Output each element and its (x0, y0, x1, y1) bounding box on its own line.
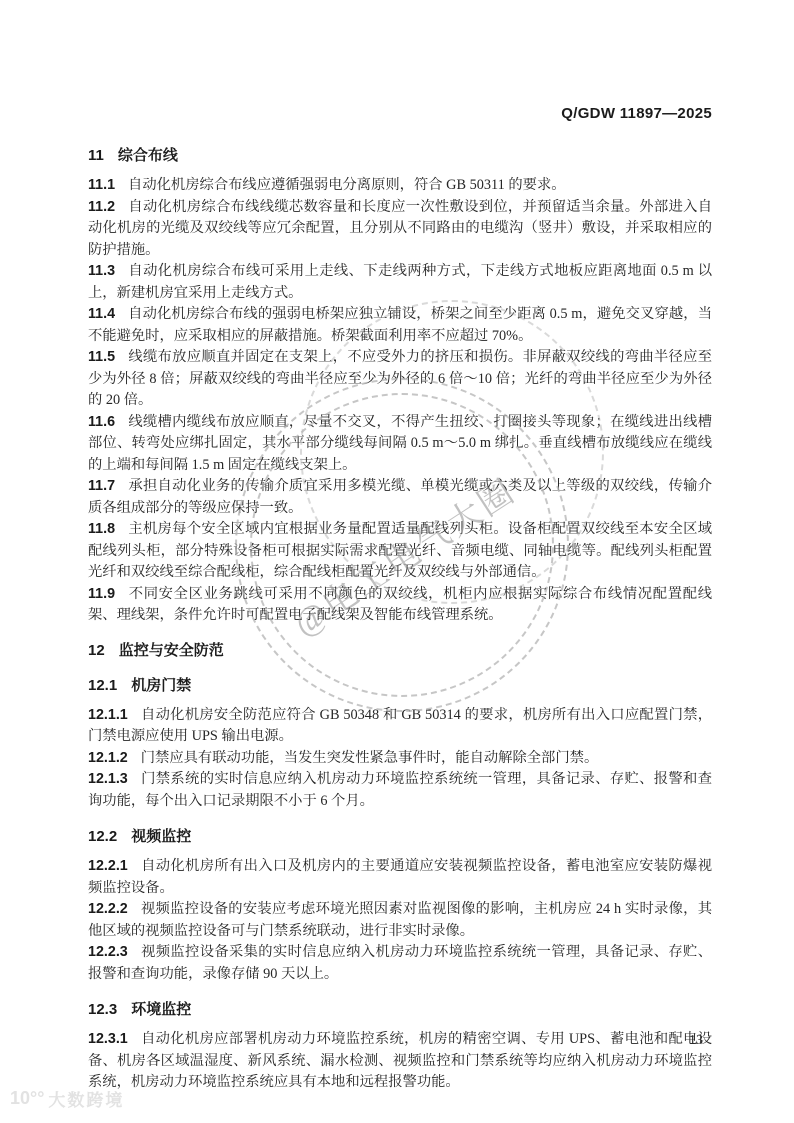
clause-12-3-1: 12.3.1自动化机房应部署机房动力环境监控系统，机房的精密空调、专用 UPS、… (88, 1029, 712, 1094)
clause-number: 11.3 (88, 263, 115, 279)
section-12-3-title: 环境监控 (131, 1001, 191, 1018)
clause-number: 12.2.2 (88, 901, 128, 917)
clause-number: 12.1.2 (88, 750, 128, 766)
clause-number: 11.8 (88, 521, 115, 537)
clause-11-8: 11.8主机房每个安全区域内宜根据业务量配置适量配线列头柜。设备柜配置双绞线至本… (88, 519, 712, 584)
clause-number: 12.2.1 (88, 858, 128, 874)
clause-text: 自动化机房综合布线线缆芯数容量和长度应一次性敷设到位，并预留适当余量。外部进入自… (88, 199, 712, 258)
clause-number: 11.2 (88, 199, 115, 215)
page-number: 13 (689, 1032, 703, 1050)
section-12-2-number: 12.2 (88, 828, 117, 845)
page-content: Q/GDW 11897—2025 11综合布线 11.1自动化机房综合布线应遵循… (88, 104, 712, 1094)
section-12-2-heading: 12.2视频监控 (88, 827, 712, 847)
clause-text: 门禁应具有联动功能，当发生突发性紧急事件时，能自动解除全部门禁。 (141, 750, 599, 766)
clause-text: 视频监控设备的安装应考虑环境光照因素对监视图像的影响，主机房应 24 h 实时录… (88, 901, 712, 939)
clause-text: 门禁系统的实时信息应纳入机房动力环境监控系统统一管理，具备记录、存贮、报警和查询… (88, 771, 712, 809)
clause-text: 自动化机房安全防范应符合 GB 50348 和 GB 50314 的要求，机房所… (88, 707, 712, 745)
clause-number: 11.7 (88, 478, 115, 494)
brand-logo: 10°° 大数跨境 (10, 1086, 124, 1111)
clause-11-6: 11.6线缆槽内缆线布放应顺直，尽量不交叉，不得产生扭绞、打圈接头等现象；在缆线… (88, 412, 712, 477)
clause-number: 12.1.1 (88, 707, 128, 723)
clause-text: 视频监控设备采集的实时信息应纳入机房动力环境监控系统统一管理，具备记录、存贮、报… (88, 944, 712, 982)
brand-logo-icon: 10°° (10, 1088, 44, 1109)
clause-text: 自动化机房应部署机房动力环境监控系统，机房的精密空调、专用 UPS、蓄电池和配电… (88, 1031, 712, 1090)
clause-text: 主机房每个安全区域内宜根据业务量配置适量配线列头柜。设备柜配置双绞线至本安全区域… (88, 521, 712, 580)
clause-number: 12.2.3 (88, 944, 128, 960)
clause-12-2-1: 12.2.1自动化机房所有出入口及机房内的主要通道应安装视频监控设备，蓄电池室应… (88, 856, 712, 899)
clause-text: 自动化机房所有出入口及机房内的主要通道应安装视频监控设备，蓄电池室应安装防爆视频… (88, 858, 712, 896)
clause-12-1-3: 12.1.3门禁系统的实时信息应纳入机房动力环境监控系统统一管理，具备记录、存贮… (88, 769, 712, 812)
section-12-1-clauses: 12.1.1自动化机房安全防范应符合 GB 50348 和 GB 50314 的… (88, 705, 712, 813)
clause-text: 不同安全区业务跳线可采用不同颜色的双绞线，机柜内应根据实际综合布线情况配置配线架… (88, 586, 712, 624)
section-11-number: 11 (88, 147, 104, 164)
section-11-title: 综合布线 (118, 147, 178, 164)
clause-text: 自动化机房综合布线应遵循强弱电分离原则，符合 GB 50311 的要求。 (128, 177, 566, 193)
clause-text: 自动化机房综合布线的强弱电桥架应独立铺设，桥架之间至少距离 0.5 m，避免交叉… (88, 306, 712, 344)
clause-number: 11.5 (88, 349, 115, 365)
section-11-clauses: 11.1自动化机房综合布线应遵循强弱电分离原则，符合 GB 50311 的要求。… (88, 175, 712, 627)
clause-number: 12.3.1 (88, 1031, 128, 1047)
clause-text: 承担自动化业务的传输介质宜采用多模光缆、单模光缆或六类及以上等级的双绞线，传输介… (88, 478, 712, 516)
section-12-1-number: 12.1 (88, 677, 117, 694)
clause-11-9: 11.9不同安全区业务跳线可采用不同颜色的双绞线，机柜内应根据实际综合布线情况配… (88, 584, 712, 627)
clause-12-1-2: 12.1.2门禁应具有联动功能，当发生突发性紧急事件时，能自动解除全部门禁。 (88, 748, 712, 770)
document-page: Q/GDW 11897—2025 11综合布线 11.1自动化机房综合布线应遵循… (0, 0, 794, 1123)
clause-number: 11.4 (88, 306, 115, 322)
clause-text: 线缆槽内缆线布放应顺直，尽量不交叉，不得产生扭绞、打圈接头等现象；在缆线进出线槽… (88, 414, 712, 473)
clause-number: 11.9 (88, 586, 115, 602)
clause-number: 11.1 (88, 177, 115, 193)
section-12-1-title: 机房门禁 (131, 677, 191, 694)
section-12-2-clauses: 12.2.1自动化机房所有出入口及机房内的主要通道应安装视频监控设备，蓄电池室应… (88, 856, 712, 985)
clause-12-2-2: 12.2.2视频监控设备的安装应考虑环境光照因素对监视图像的影响，主机房应 24… (88, 899, 712, 942)
clause-11-2: 11.2自动化机房综合布线线缆芯数容量和长度应一次性敷设到位，并预留适当余量。外… (88, 197, 712, 262)
section-11-heading: 11综合布线 (88, 146, 712, 166)
clause-11-7: 11.7承担自动化业务的传输介质宜采用多模光缆、单模光缆或六类及以上等级的双绞线… (88, 476, 712, 519)
clause-number: 11.6 (88, 414, 115, 430)
section-12-3-number: 12.3 (88, 1001, 117, 1018)
section-12-number: 12 (88, 642, 105, 659)
clause-text: 自动化机房综合布线可采用上走线、下走线两种方式，下走线方式地板应距离地面 0.5… (88, 263, 712, 301)
clause-number: 12.1.3 (88, 771, 128, 787)
clause-text: 线缆布放应顺直并固定在支架上，不应受外力的挤压和损伤。非屏蔽双绞线的弯曲半径应至… (88, 349, 712, 408)
clause-11-3: 11.3自动化机房综合布线可采用上走线、下走线两种方式，下走线方式地板应距离地面… (88, 261, 712, 304)
brand-logo-text: 大数跨境 (48, 1086, 124, 1111)
section-12-title: 监控与安全防范 (119, 642, 224, 659)
clause-11-1: 11.1自动化机房综合布线应遵循强弱电分离原则，符合 GB 50311 的要求。 (88, 175, 712, 197)
section-12-heading: 12监控与安全防范 (88, 641, 712, 661)
clause-12-1-1: 12.1.1自动化机房安全防范应符合 GB 50348 和 GB 50314 的… (88, 705, 712, 748)
section-12-3-heading: 12.3环境监控 (88, 1000, 712, 1020)
doc-code-header: Q/GDW 11897—2025 (88, 104, 712, 124)
clause-11-4: 11.4自动化机房综合布线的强弱电桥架应独立铺设，桥架之间至少距离 0.5 m，… (88, 304, 712, 347)
clause-12-2-3: 12.2.3视频监控设备采集的实时信息应纳入机房动力环境监控系统统一管理，具备记… (88, 942, 712, 985)
section-12-2-title: 视频监控 (131, 828, 191, 845)
clause-11-5: 11.5线缆布放应顺直并固定在支架上，不应受外力的挤压和损伤。非屏蔽双绞线的弯曲… (88, 347, 712, 412)
section-12-3-clauses: 12.3.1自动化机房应部署机房动力环境监控系统，机房的精密空调、专用 UPS、… (88, 1029, 712, 1094)
section-12-1-heading: 12.1机房门禁 (88, 676, 712, 696)
